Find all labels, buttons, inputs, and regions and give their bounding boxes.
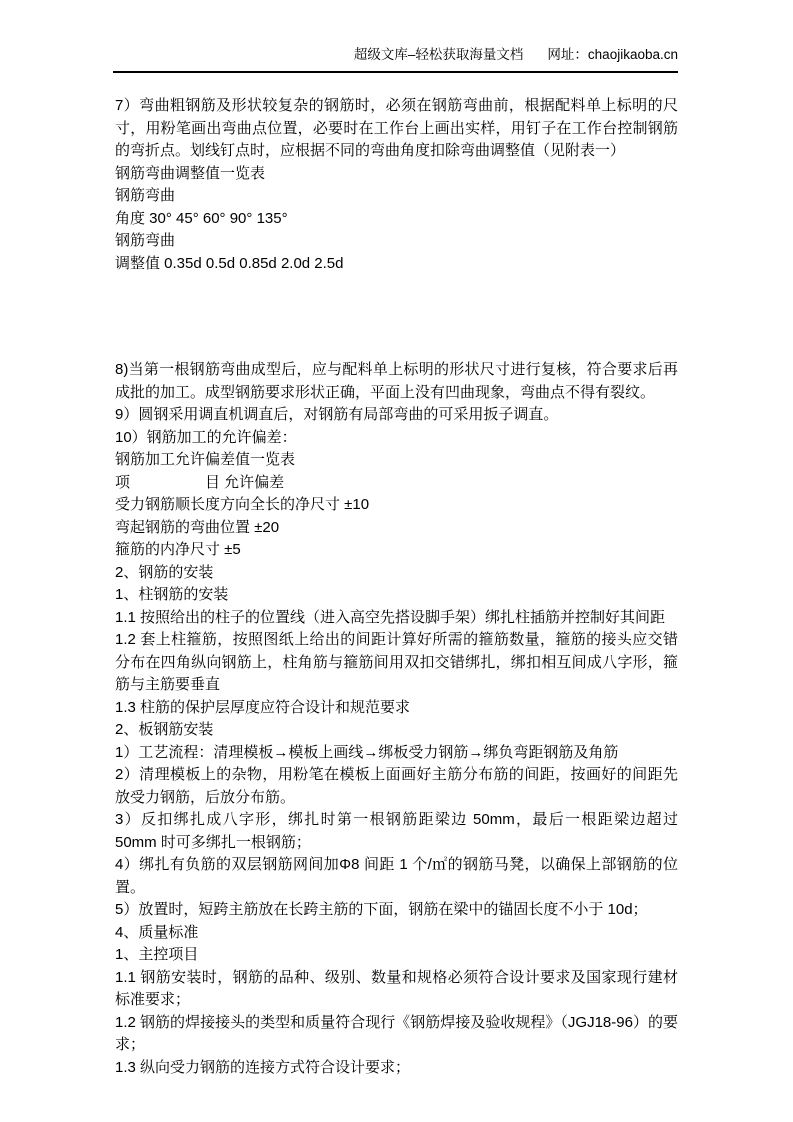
paragraph: 1.3 纵向受力钢筋的连接方式符合设计要求； [115, 1057, 678, 1080]
paragraph: 5）放置时，短跨主筋放在长跨主筋的下面，钢筋在梁中的锚固长度不小于 10d； [115, 899, 678, 922]
paragraph: 角度 30° 45° 60° 90° 135° [115, 208, 678, 231]
paragraph: 8)当第一根钢筋弯曲成型后，应与配料单上标明的形状尺寸进行复核，符合要求后再成批… [115, 359, 678, 404]
header-rule [113, 71, 678, 73]
paragraph: 1、柱钢筋的安装 [115, 584, 678, 607]
site-url: chaojikaoba.cn [588, 47, 678, 62]
paragraph: 4）绑扎有负筋的双层钢筋网间加Φ8 间距 1 个/㎡的钢筋马凳，以确保上部钢筋的… [115, 854, 678, 899]
paragraph: 1、主控项目 [115, 944, 678, 967]
paragraph: 1.2 钢筋的焊接接头的类型和质量符合现行《钢筋焊接及验收规程》（JGJ18-9… [115, 1012, 678, 1057]
paragraph: 2）清理模板上的杂物，用粉笔在模板上面画好主筋分布筋的间距，按画好的间距先放受力… [115, 764, 678, 809]
paragraph: 2、板钢筋安装 [115, 719, 678, 742]
section-rebar-installation-quality: 8)当第一根钢筋弯曲成型后，应与配料单上标明的形状尺寸进行复核，符合要求后再成批… [115, 359, 678, 1079]
paragraph: 钢筋弯曲 [115, 230, 678, 253]
paragraph: 2、钢筋的安装 [115, 562, 678, 585]
paragraph: 1.3 柱筋的保护层厚度应符合设计和规范要求 [115, 697, 678, 720]
paragraph: 4、质量标准 [115, 922, 678, 945]
paragraph: 钢筋弯曲调整值一览表 [115, 163, 678, 186]
document-page: 超级文库–轻松获取海量文档网址：chaojikaoba.cn 7）弯曲粗钢筋及形… [0, 0, 793, 1122]
url-label: 网址： [547, 47, 588, 62]
paragraph: 受力钢筋顺长度方向全长的净尺寸 ±10 [115, 494, 678, 517]
section-gap [115, 275, 678, 359]
page-header: 超级文库–轻松获取海量文档网址：chaojikaoba.cn [115, 46, 678, 64]
paragraph: 9）圆钢采用调直机调直后，对钢筋有局部弯曲的可采用扳子调直。 [115, 404, 678, 427]
paragraph: 3）反扣绑扎成八字形，绑扎时第一根钢筋距梁边 50mm，最后一根距梁边超过 50… [115, 809, 678, 854]
paragraph: 钢筋弯曲 [115, 185, 678, 208]
paragraph: 调整值 0.35d 0.5d 0.85d 2.0d 2.5d [115, 253, 678, 276]
paragraph: 1.2 套上柱箍筋，按照图纸上给出的间距计算好所需的箍筋数量，箍筋的接头应交错分… [115, 629, 678, 697]
document-body: 7）弯曲粗钢筋及形状较复杂的钢筋时，必须在钢筋弯曲前，根据配料单上标明的尺寸，用… [115, 95, 678, 1079]
paragraph: 项 目 允许偏差 [115, 472, 678, 495]
paragraph: 1.1 钢筋安装时，钢筋的品种、级别、数量和规格必须符合设计要求及国家现行建材标… [115, 967, 678, 1012]
paragraph: 弯起钢筋的弯曲位置 ±20 [115, 517, 678, 540]
brand-text: 超级文库–轻松获取海量文档 [354, 47, 524, 62]
section-rebar-bending-adjustment: 7）弯曲粗钢筋及形状较复杂的钢筋时，必须在钢筋弯曲前，根据配料单上标明的尺寸，用… [115, 95, 678, 275]
paragraph: 10）钢筋加工的允许偏差： [115, 427, 678, 450]
paragraph: 7）弯曲粗钢筋及形状较复杂的钢筋时，必须在钢筋弯曲前，根据配料单上标明的尺寸，用… [115, 95, 678, 163]
paragraph: 1）工艺流程：清理模板→模板上画线→绑板受力钢筋→绑负弯距钢筋及角筋 [115, 742, 678, 765]
paragraph: 钢筋加工允许偏差值一览表 [115, 449, 678, 472]
paragraph: 箍筋的内净尺寸 ±5 [115, 539, 678, 562]
paragraph: 1.1 按照给出的柱子的位置线（进入高空先搭设脚手架）绑扎柱插筋并控制好其间距 [115, 607, 678, 630]
